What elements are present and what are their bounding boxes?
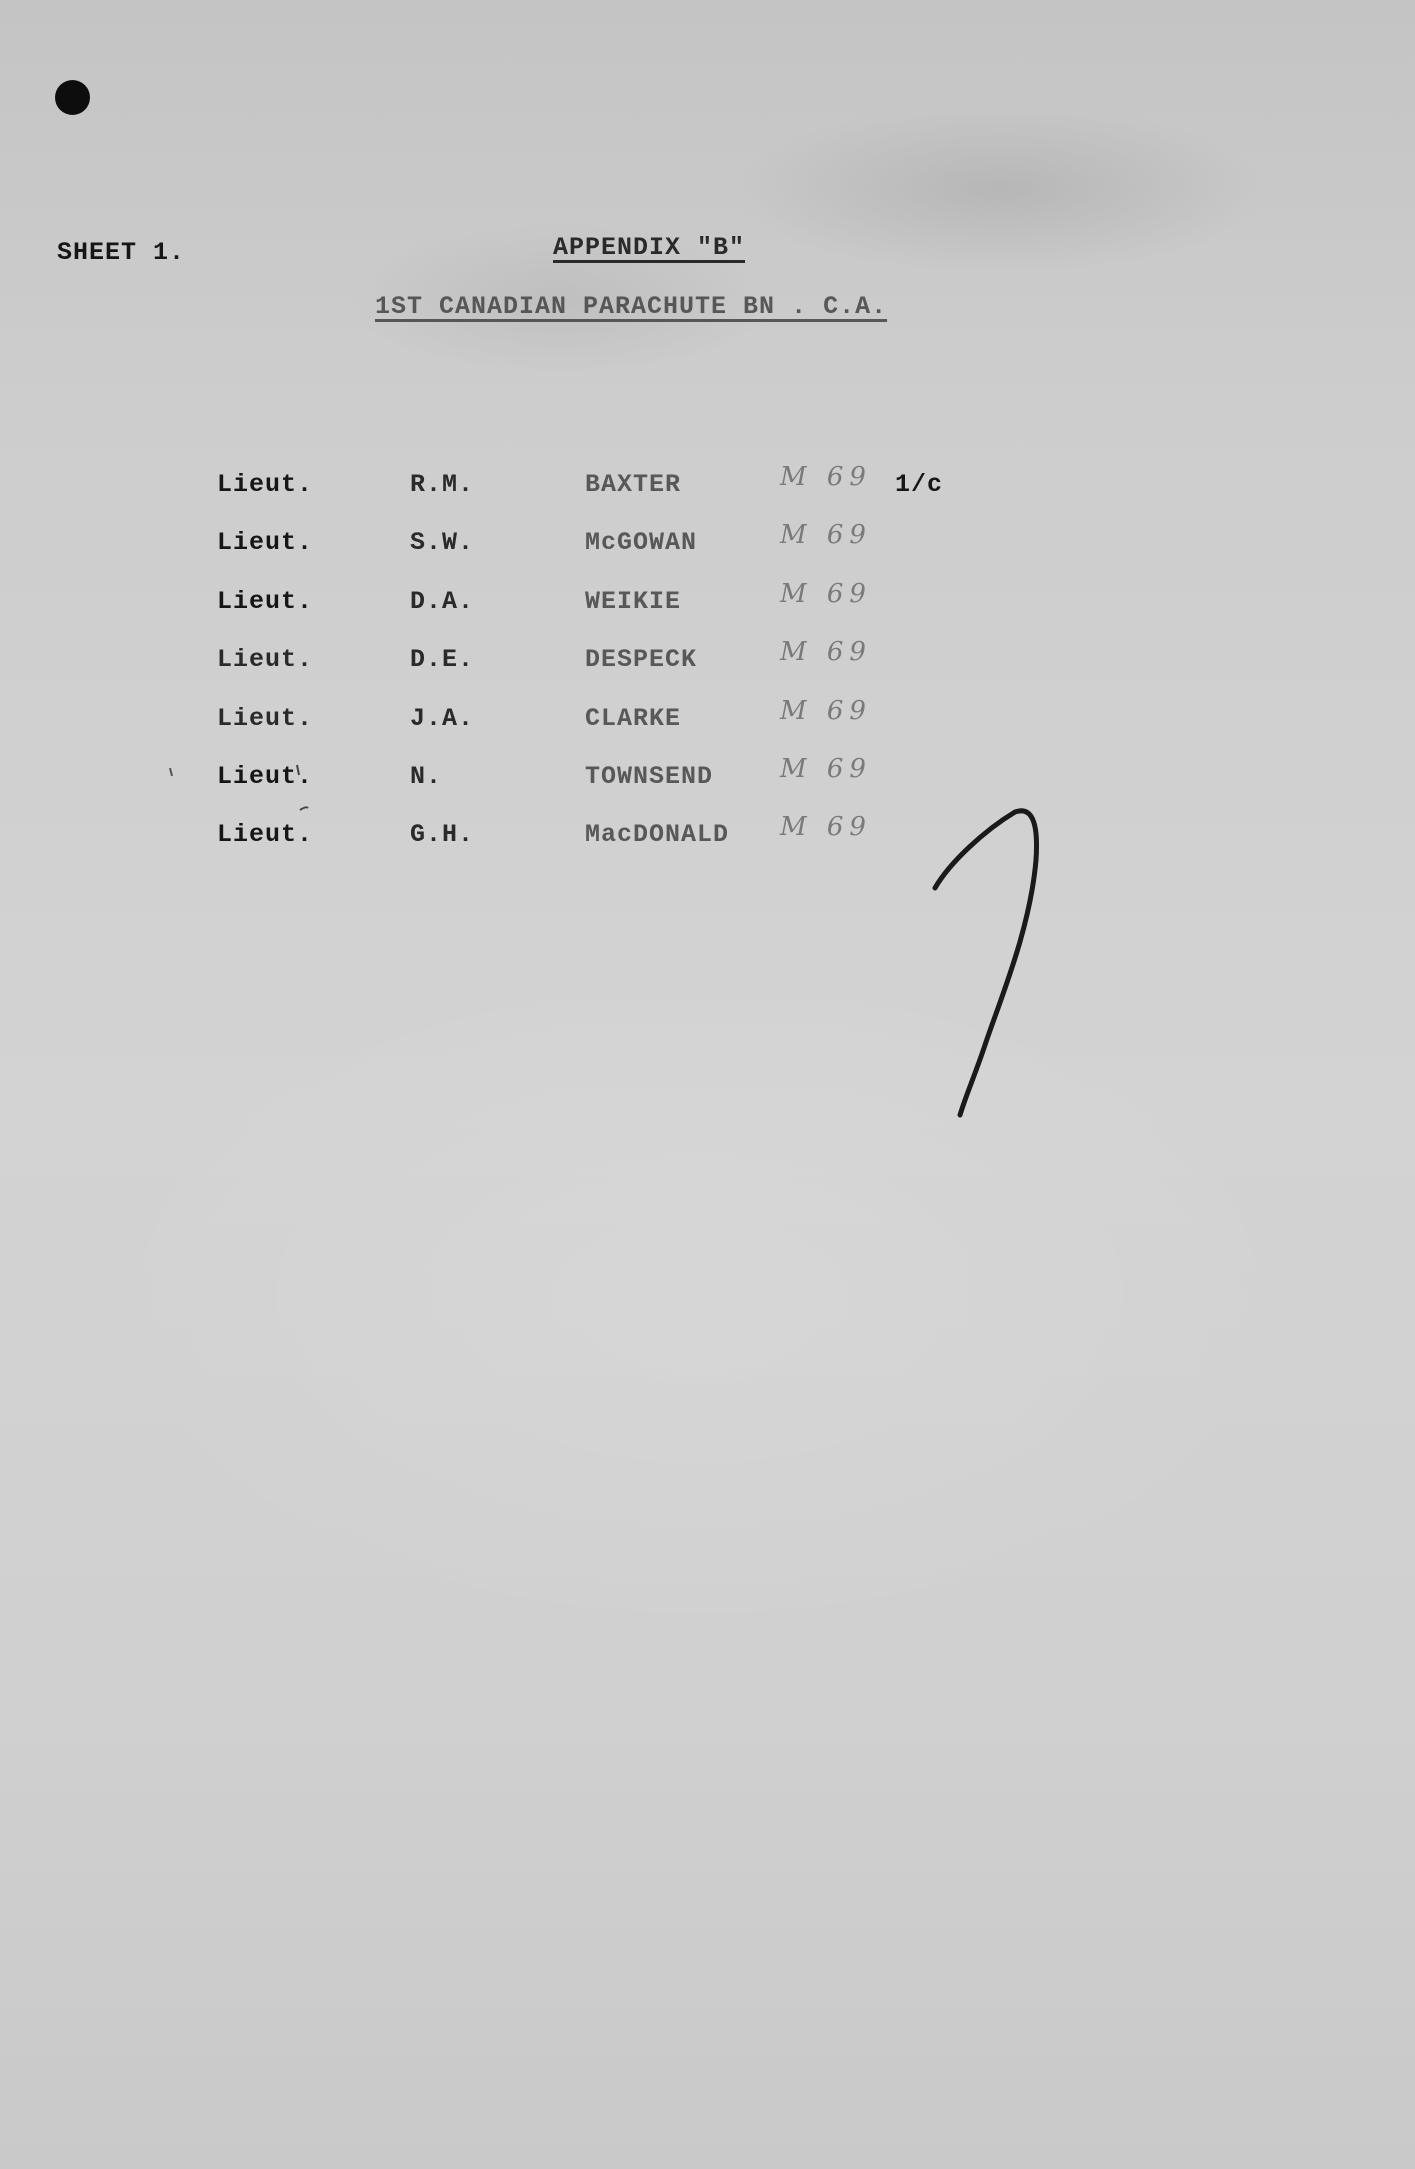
rank: Lieut. <box>217 704 313 733</box>
appendix-title: APPENDIX "B" <box>553 233 745 262</box>
unit-title: 1ST CANADIAN PARACHUTE BN . C.A. <box>375 292 887 321</box>
handwritten-annotation: M 69 <box>780 696 872 726</box>
surname: DESPECK <box>585 645 697 674</box>
roster-row: Lieut. J.A. CLARKE M 69 <box>0 704 1415 744</box>
initials: J.A. <box>410 704 474 733</box>
roster-row: Lieut. S.W. McGOWAN M 69 <box>0 528 1415 568</box>
initials: D.E. <box>410 645 474 674</box>
handwritten-seven-mark <box>0 0 1415 2169</box>
roster-row: Lieut. D.A. WEIKIE M 69 <box>0 587 1415 627</box>
note: 1/c <box>895 470 943 499</box>
handwritten-annotation: M 69 <box>780 754 872 784</box>
surname: MacDONALD <box>585 820 729 849</box>
handwritten-annotation: M 69 <box>780 579 872 609</box>
rank: Lieut. <box>217 528 313 557</box>
sheet-label: SHEET 1. <box>57 238 185 267</box>
surname: BAXTER <box>585 470 681 499</box>
surname: TOWNSEND <box>585 762 713 791</box>
surname: WEIKIE <box>585 587 681 616</box>
surname: CLARKE <box>585 704 681 733</box>
rank: Lieut. <box>217 820 313 849</box>
rank: Lieut. <box>217 470 313 499</box>
punch-hole <box>55 80 90 115</box>
handwritten-annotation: M 69 <box>780 520 872 550</box>
handwritten-annotation: M 69 <box>780 462 872 492</box>
initials: S.W. <box>410 528 474 557</box>
initials: N. <box>410 762 442 791</box>
roster-row: Lieut. R.M. BAXTER M 69 1/c <box>0 470 1415 510</box>
roster-row: Lieut. N. TOWNSEND M 69 <box>0 762 1415 802</box>
rank: Lieut. <box>217 645 313 674</box>
rank: Lieut. <box>217 762 313 791</box>
initials: D.A. <box>410 587 474 616</box>
handwritten-annotation: M 69 <box>780 812 872 842</box>
roster-row: Lieut. D.E. DESPECK M 69 <box>0 645 1415 685</box>
handwritten-annotation: M 69 <box>780 637 872 667</box>
surname: McGOWAN <box>585 528 697 557</box>
initials: G.H. <box>410 820 474 849</box>
rank: Lieut. <box>217 587 313 616</box>
initials: R.M. <box>410 470 474 499</box>
roster-row: Lieut. G.H. MacDONALD M 69 <box>0 820 1415 860</box>
